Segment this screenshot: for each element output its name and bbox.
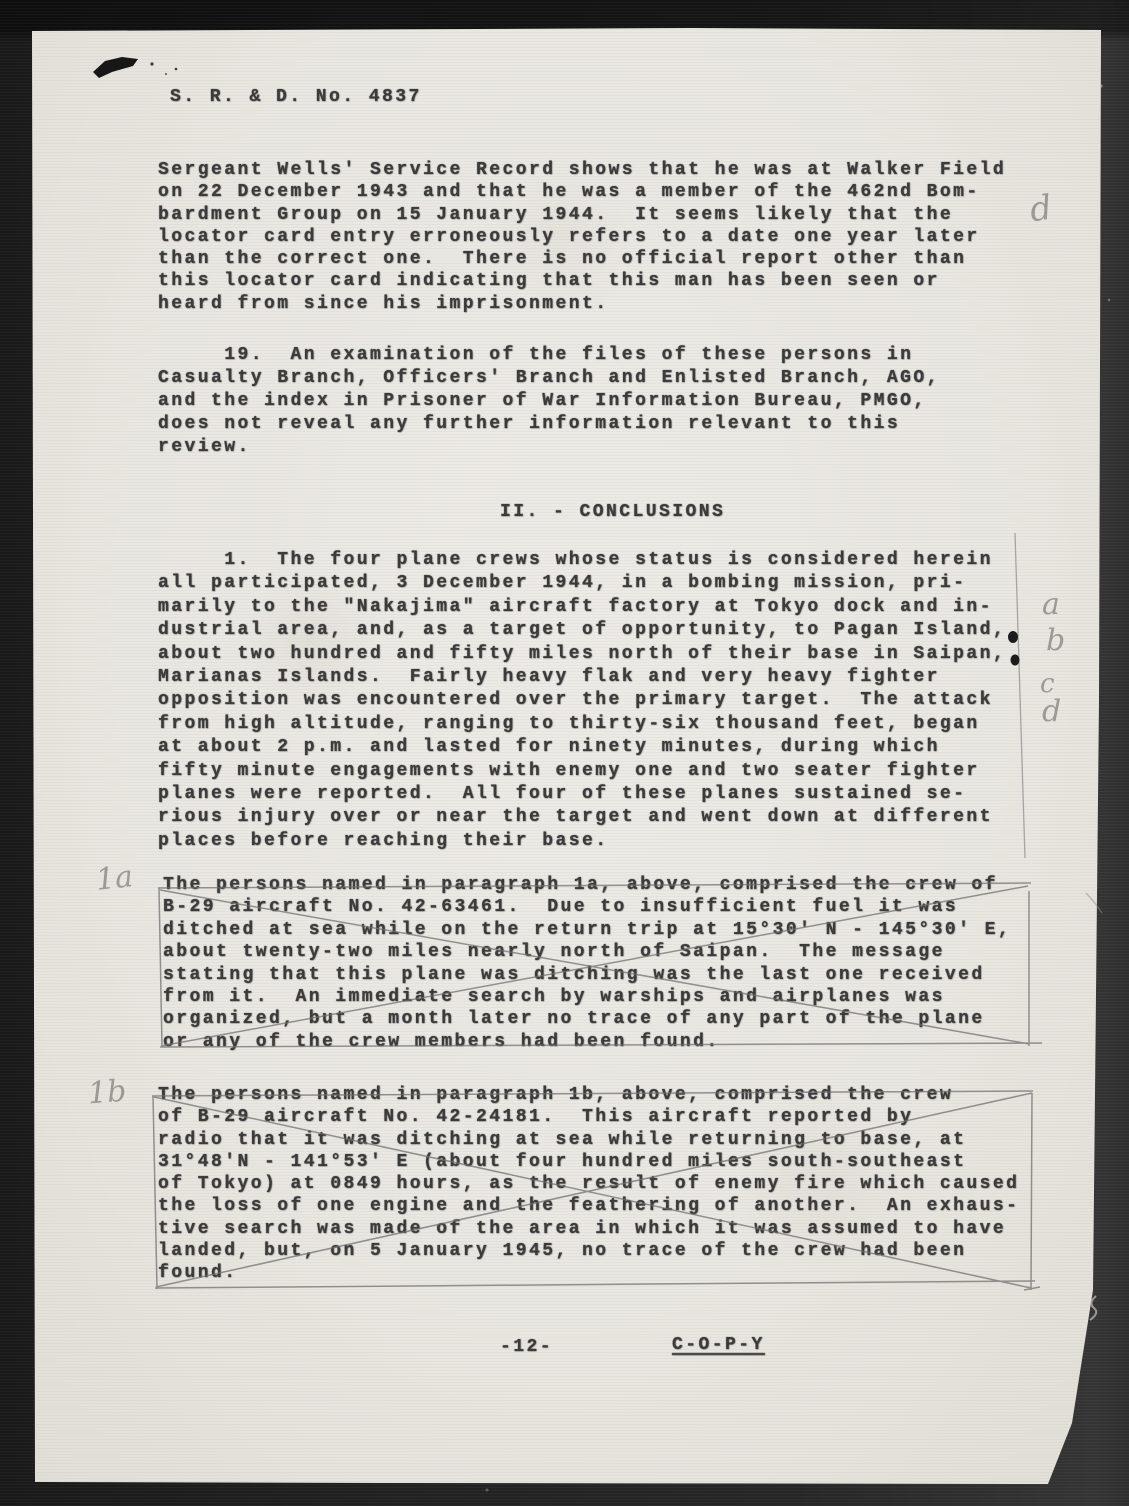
handwritten-note-d-bottom: d xyxy=(1042,697,1061,727)
handwritten-note-b: b xyxy=(1046,626,1065,656)
paragraph-19: 19. An examination of the files of these… xyxy=(158,344,940,459)
handwritten-note-a: a xyxy=(1042,590,1060,620)
handwritten-note-d-top: d xyxy=(1028,191,1054,228)
page-number: -12- xyxy=(500,1336,553,1359)
paragraph-conclusion-1: 1. The four plane crews whose status is … xyxy=(158,549,1006,853)
ref-number: S. R. & D. No. 4837 xyxy=(170,86,422,109)
copy-stamp: C-O-P-Y xyxy=(672,1334,765,1357)
paragraph-crossed-out-1a: The persons named in paragraph 1a, above… xyxy=(163,874,1011,1053)
section-heading: II. - CONCLUSIONS xyxy=(500,501,725,524)
paragraph-crossed-out-1b: The persons named in paragraph 1b, above… xyxy=(158,1084,1019,1285)
typewritten-layer: S. R. & D. No. 4837 Sergeant Wells' Serv… xyxy=(0,0,1129,1506)
handwritten-label-1a: 1a xyxy=(95,862,135,896)
paragraph-continuation: Sergeant Wells' Service Record shows tha… xyxy=(158,159,1006,315)
handwritten-label-1b: 1b xyxy=(87,1077,127,1110)
document-scan: S. R. & D. No. 4837 Sergeant Wells' Serv… xyxy=(0,0,1129,1506)
